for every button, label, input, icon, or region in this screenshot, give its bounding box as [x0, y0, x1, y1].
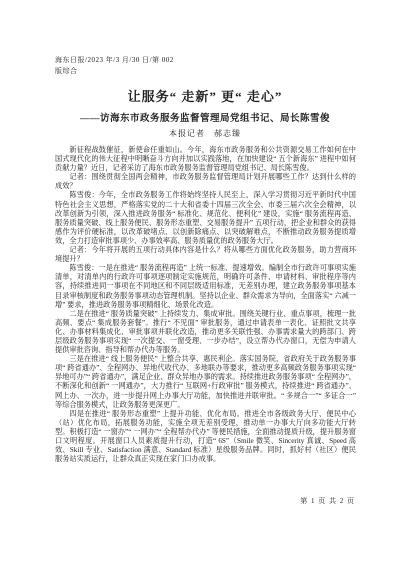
paragraph: 四是在推进“ 服务形态重塑” 上提升功能、优化布局。推进全市各级政务大厅、便民中… [55, 410, 356, 465]
paragraph: 记者：围绕贯彻全国两会精神，市政务服务监督管理局计划开展哪些工作？达到什么样的成… [55, 173, 356, 191]
masthead: 海东日报/2023 年/3 月/30 日/第 002 版综合 [55, 55, 355, 77]
article-title: 让服务“ 走新” 更“ 走心” [0, 86, 410, 105]
paragraph: 二是在推进“ 服务质量突破” 上持续发力、集成审批。围绕关键行业、重点事项，梳理… [55, 310, 356, 355]
byline: 本报记者 郝志臻 [0, 128, 410, 139]
paragraph: 新征程战鼓催征，新使命任重如山。今年，海东市政务服务和公共资源交易工作如何在中国… [55, 146, 356, 173]
page-number-footer: 第 1 页 共 2 页 [300, 496, 355, 506]
article-subtitle: ——访海东市政务服务监督管理局党组书记、局长陈雪俊 [0, 110, 410, 124]
paragraph: 陈雪俊：今年，全市政务服务工作将始终坚持人民至上，深入学习贯彻习近平新时代中国特… [55, 191, 356, 246]
article-body: 新征程战鼓催征，新使命任重如山。今年，海东市政务服务和公共资源交易工作如何在中国… [55, 146, 356, 464]
newspaper-page: 海东日报/2023 年/3 月/30 日/第 002 版综合 让服务“ 走新” … [0, 0, 410, 580]
paragraph: 陈雪俊：一是在推进“ 服务流程再造” 上统一标准、提速增效。编制全市行政许可事项… [55, 264, 356, 309]
paragraph: 三是在推进“ 线上服务便民” 上整合共享、惠民利企。落实国务院、省政府关于政务服… [55, 355, 356, 410]
masthead-section-line: 版综合 [55, 66, 355, 77]
masthead-issue-line: 海东日报/2023 年/3 月/30 日/第 002 [55, 55, 355, 66]
paragraph: 记者：今年将开展的五项行动具体内容是什么？将从哪些方面优化政务服务，助力营商环境… [55, 246, 356, 264]
